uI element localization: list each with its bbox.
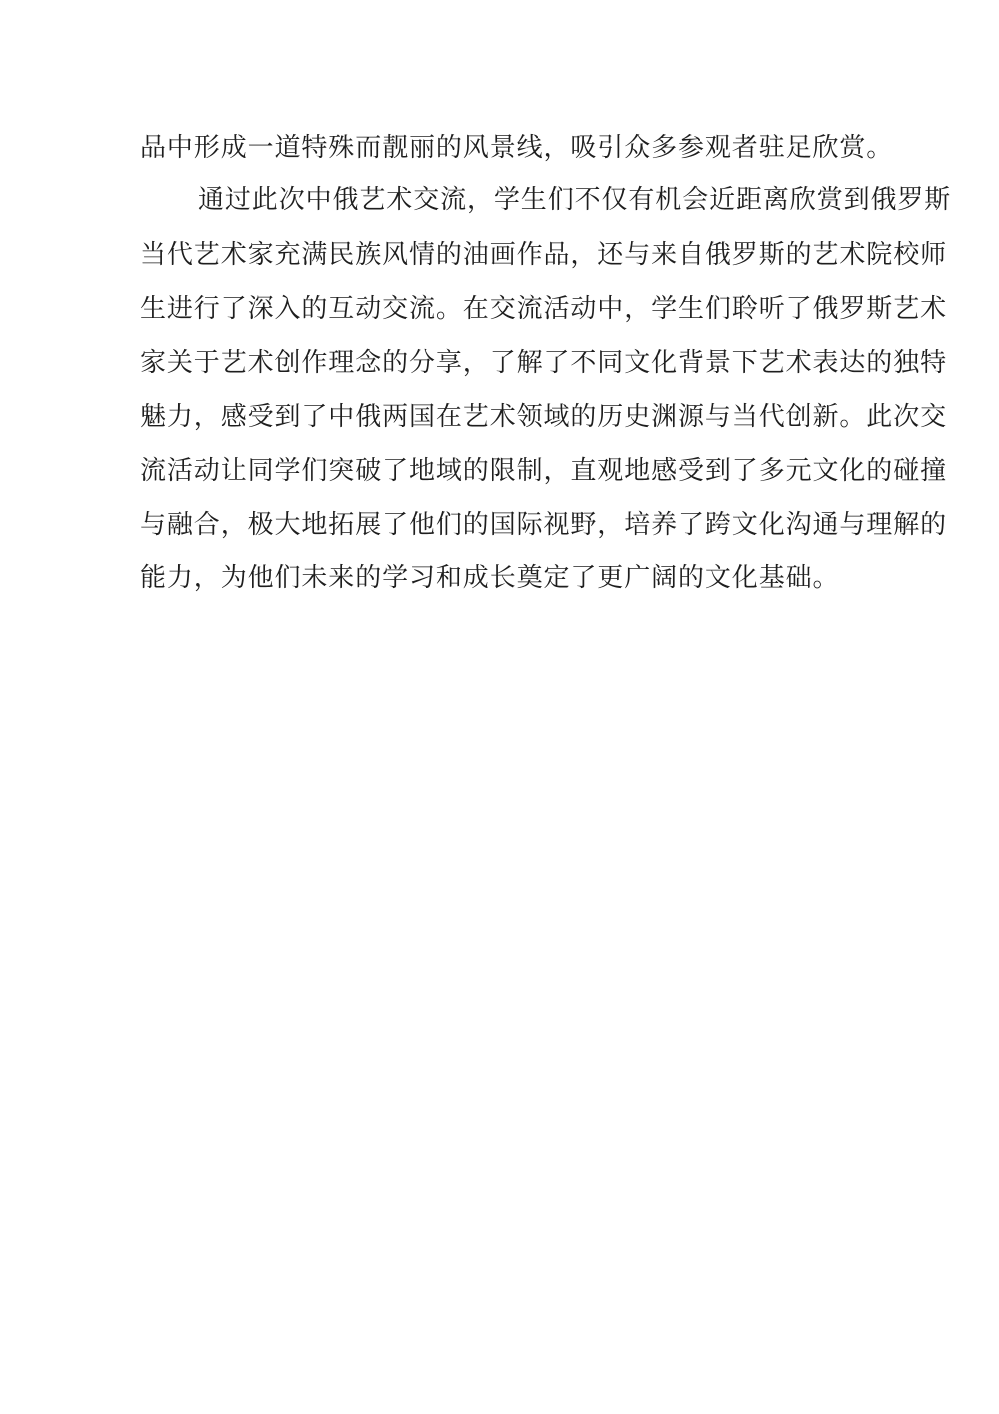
document-page: 品中形成一道特殊而靓丽的风景线，吸引众多参观者驻足欣赏。 通过此次中俄艺术交流，… <box>0 0 999 1414</box>
paragraph-2-line-7: 与融合，极大地拓展了他们的国际视野，培养了跨文化沟通与理解的 <box>140 509 860 541</box>
paragraph-2-line-3: 生进行了深入的互动交流。在交流活动中，学生们聆听了俄罗斯艺术 <box>140 293 860 325</box>
paragraph-2-line-1: 通过此次中俄艺术交流，学生们不仅有机会近距离欣赏到俄罗斯 <box>198 184 860 216</box>
paragraph-2-line-6: 流活动让同学们突破了地域的限制，直观地感受到了多元文化的碰撞 <box>140 455 860 487</box>
paragraph-2-line-8: 能力，为他们未来的学习和成长奠定了更广阔的文化基础。 <box>140 562 860 594</box>
paragraph-1-line-1: 品中形成一道特殊而靓丽的风景线，吸引众多参观者驻足欣赏。 <box>140 132 860 164</box>
paragraph-2-line-4: 家关于艺术创作理念的分享，了解了不同文化背景下艺术表达的独特 <box>140 347 860 379</box>
paragraph-2-line-2: 当代艺术家充满民族风情的油画作品，还与来自俄罗斯的艺术院校师 <box>140 239 860 271</box>
paragraph-2-line-5: 魅力，感受到了中俄两国在艺术领域的历史渊源与当代创新。此次交 <box>140 401 860 433</box>
